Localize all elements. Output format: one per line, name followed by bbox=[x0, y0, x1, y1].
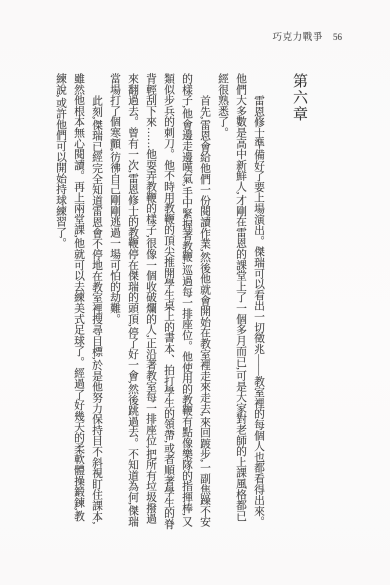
paragraph-1: 雷恩修士準備好了要上場演出。傑瑞可以看出一切徵兆——教室裡的每個人也都看得出來。… bbox=[214, 73, 268, 531]
running-header: 巧克力戰爭 56 bbox=[272, 29, 342, 43]
text-body: 第六章 雷恩修士準備好了要上場演出。傑瑞可以看出一切徵兆——教室裡的每個人也都看… bbox=[52, 73, 310, 531]
page-number: 56 bbox=[333, 32, 342, 42]
chapter-title: 第六章 bbox=[288, 73, 310, 531]
paragraph-3: 此刻,傑瑞已經完全知道雷恩會不停地在教室裡搜尋目標,於是他努力保持目不斜視盯住課… bbox=[52, 73, 106, 531]
book-title: 巧克力戰爭 bbox=[272, 29, 323, 43]
book-page: 巧克力戰爭 56 第六章 雷恩修士準備好了要上場演出。傑瑞可以看出一切徵兆——教… bbox=[0, 0, 390, 585]
paragraph-2: 首先,雷恩會給他們一份閱讀作業,然後他就會開始在教室裡走來走去,來回踱步,一副焦… bbox=[106, 73, 214, 531]
